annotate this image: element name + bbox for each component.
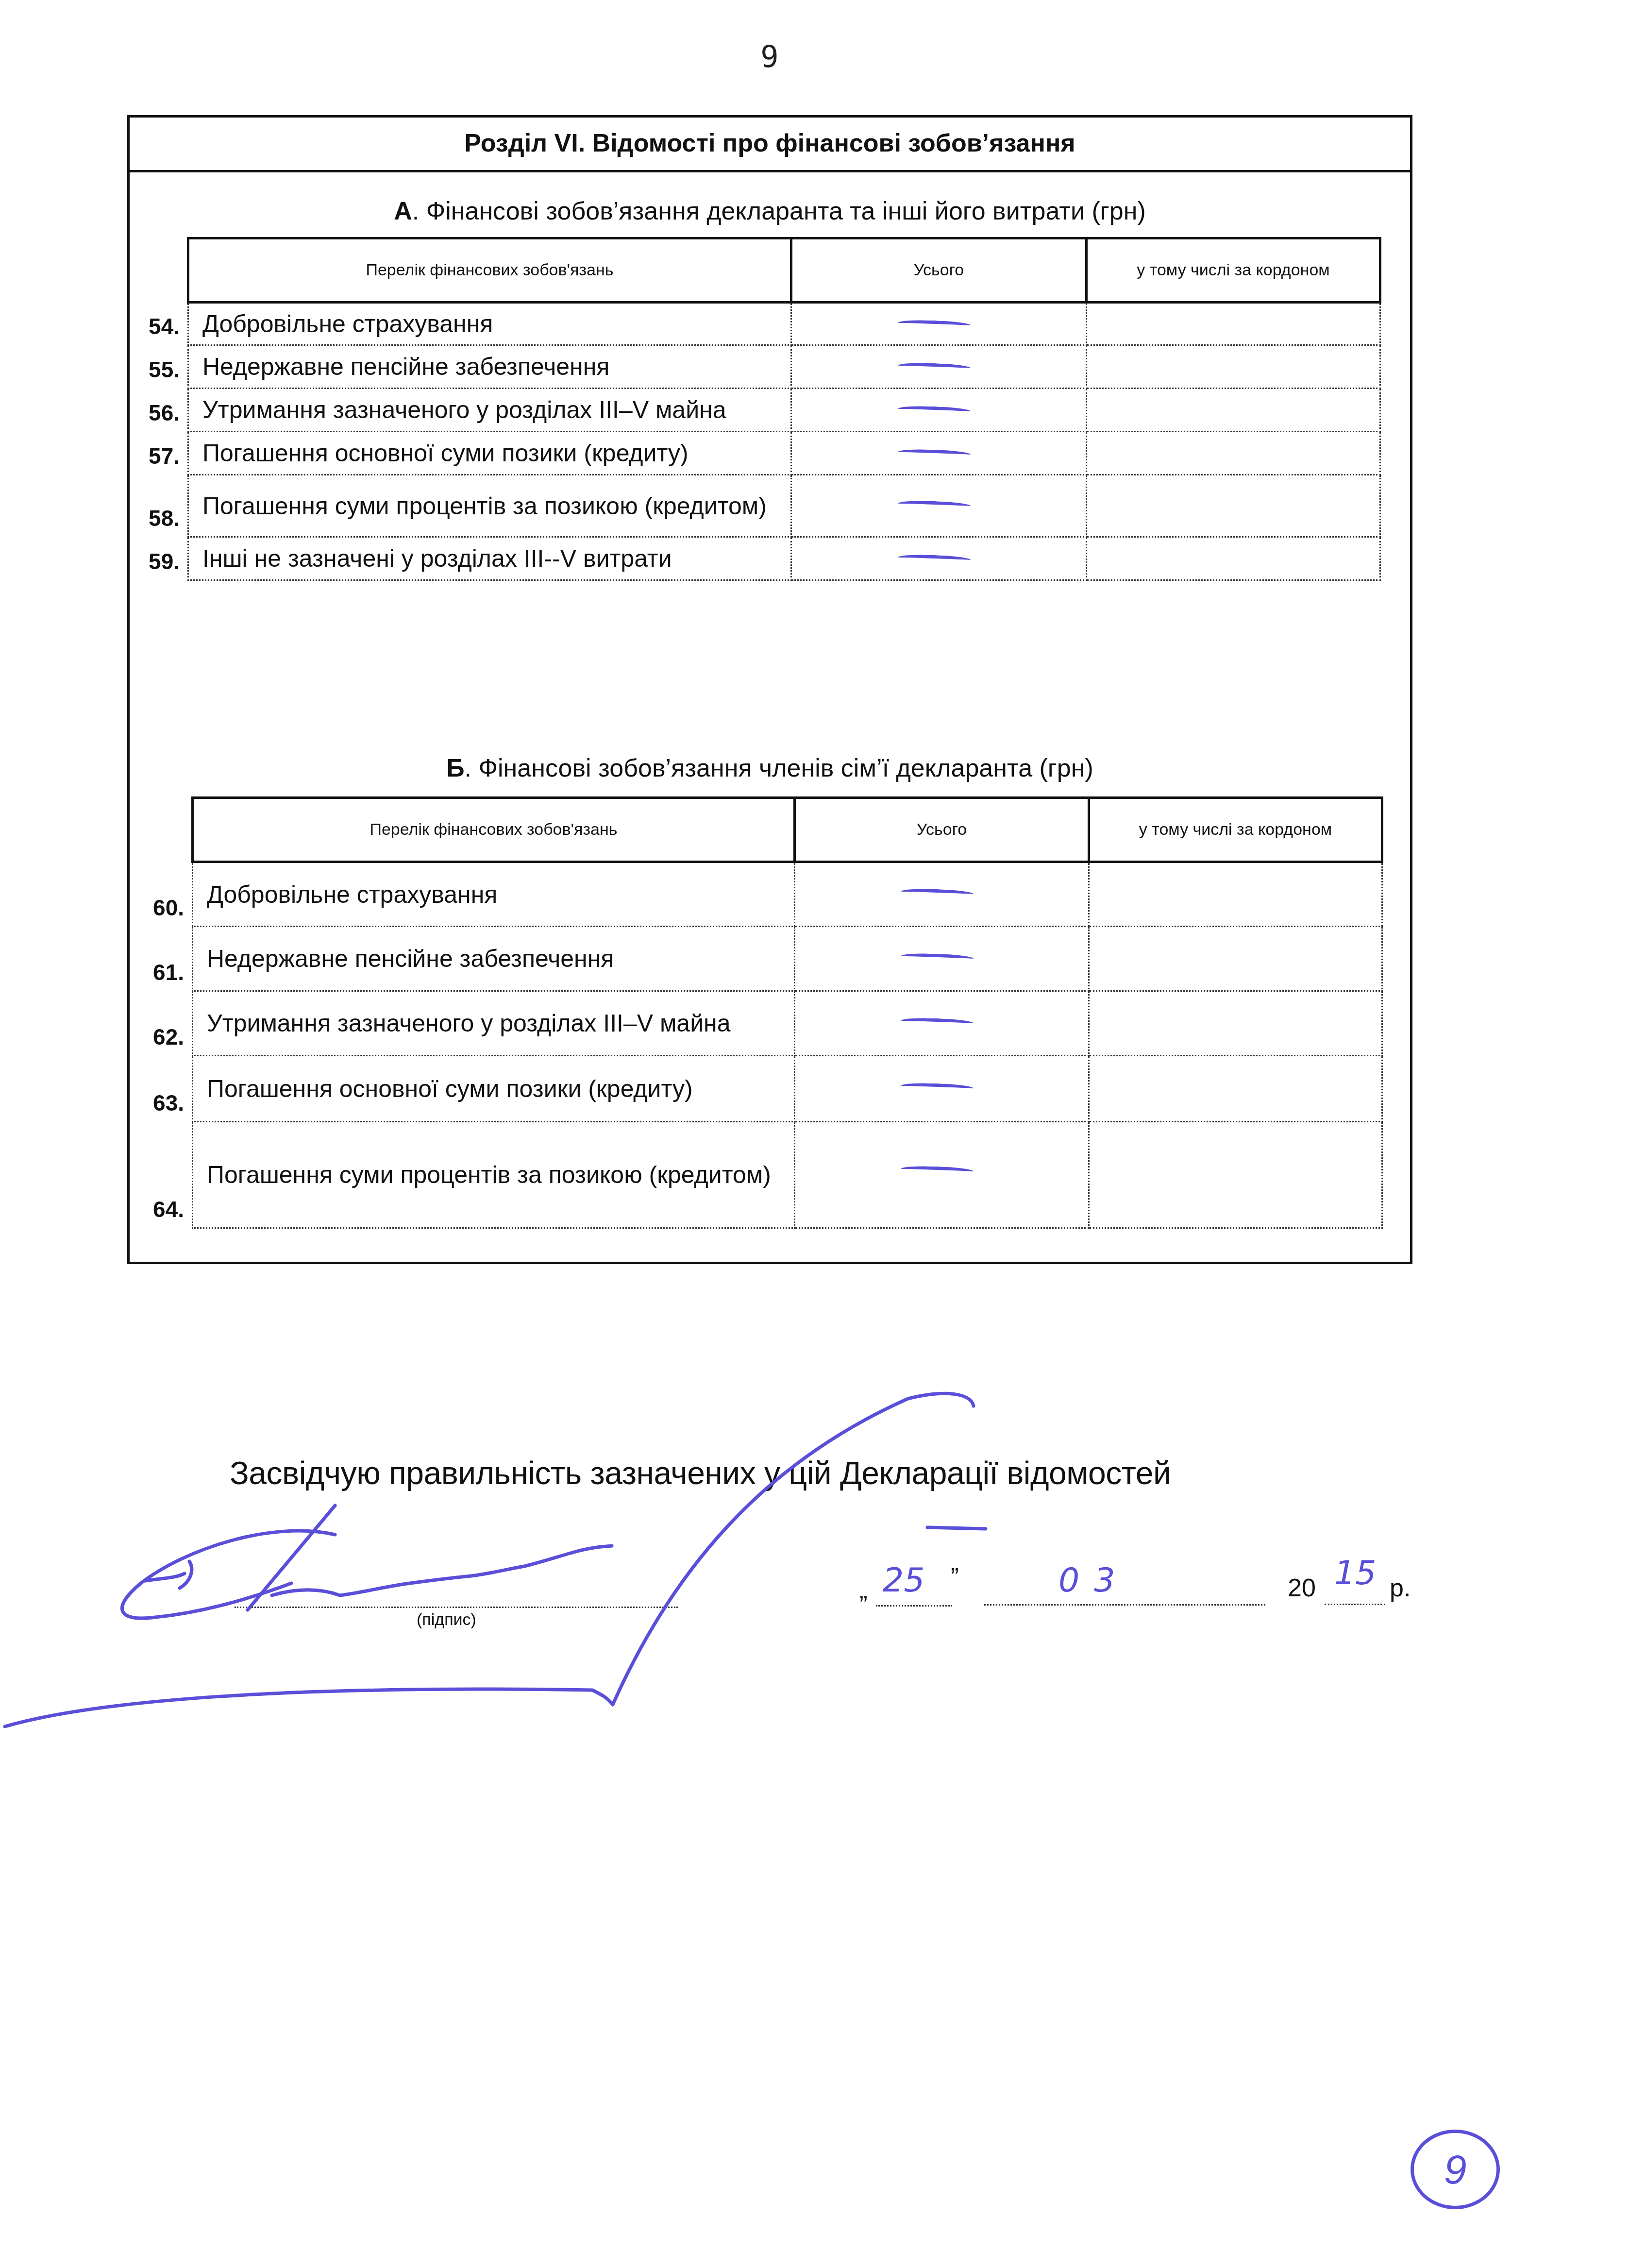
date-year-value: 15 <box>1334 1554 1377 1592</box>
total-cell[interactable] <box>791 345 1087 389</box>
row-label: Погашення суми процентів за позикою (кре… <box>188 475 791 537</box>
date-open-quote: „ <box>859 1576 868 1604</box>
section-title: Розділ VI. Відомості про фінансові зобов… <box>127 129 1412 158</box>
part-b-title-text: . Фінансові зобов’язання членів сім’ї де… <box>465 754 1093 782</box>
handwritten-dash-icon <box>897 500 970 509</box>
abroad-cell[interactable] <box>1087 537 1380 580</box>
part-a-title-text: . Фінансові зобов’язання декларанта та і… <box>412 197 1146 225</box>
row-label: Утримання зазначеного у розділах III–V м… <box>193 991 795 1056</box>
row-label: Утримання зазначеного у розділах III–V м… <box>188 389 791 432</box>
signature-field[interactable] <box>235 1607 678 1608</box>
abroad-cell[interactable] <box>1089 1122 1382 1228</box>
abroad-cell[interactable] <box>1089 1056 1382 1122</box>
column-header-abroad: у тому числі за кордоном <box>1089 798 1382 862</box>
table-row: Погашення суми процентів за позикою (кре… <box>193 1122 1382 1228</box>
signature-label: (підпис) <box>417 1610 476 1629</box>
total-cell[interactable] <box>791 432 1087 475</box>
row-number: 57. <box>126 443 180 469</box>
table-row: Погашення суми процентів за позикою (кре… <box>188 475 1380 537</box>
total-cell[interactable] <box>795 991 1089 1056</box>
handwritten-dash-icon <box>900 1017 973 1027</box>
date-year-suffix: р. <box>1390 1574 1411 1603</box>
table-row: Інші не зазначені у розділах III--V витр… <box>188 537 1380 580</box>
page-number: 9 <box>0 39 1539 74</box>
handwritten-dash-icon <box>900 888 973 898</box>
abroad-cell[interactable] <box>1089 991 1382 1056</box>
part-a-letter: А <box>394 197 412 225</box>
row-number: 63. <box>131 1090 184 1116</box>
signature-loop <box>122 1531 335 1618</box>
table-row: Погашення основної суми позики (кредиту) <box>188 432 1380 475</box>
row-label: Інші не зазначені у розділах III--V витр… <box>188 537 791 580</box>
date-day-field[interactable] <box>876 1605 952 1607</box>
page-mark-circled: 9 <box>1411 2130 1500 2209</box>
date-century: 20 <box>1288 1574 1316 1603</box>
total-cell[interactable] <box>795 927 1089 991</box>
row-label: Погашення основної суми позики (кредиту) <box>188 432 791 475</box>
row-number: 59. <box>126 548 180 575</box>
certification-statement: Засвідчую правильність зазначених у цій … <box>230 1455 1171 1491</box>
total-cell[interactable] <box>791 475 1087 537</box>
part-b-header-row: Перелік фінансових зобов'язань Усього у … <box>193 798 1382 862</box>
abroad-cell[interactable] <box>1087 303 1380 345</box>
row-number: 64. <box>131 1196 184 1222</box>
part-b-letter: Б <box>446 754 464 782</box>
handwritten-dash-icon <box>897 405 970 415</box>
abroad-cell[interactable] <box>1089 862 1382 927</box>
abroad-cell[interactable] <box>1087 475 1380 537</box>
table-row: Утримання зазначеного у розділах III–V м… <box>188 389 1380 432</box>
part-b-table: Перелік фінансових зобов'язань Усього у … <box>191 796 1383 1229</box>
total-cell[interactable] <box>795 862 1089 927</box>
row-label: Недержавне пенсійне забезпечення <box>193 927 795 991</box>
abroad-cell[interactable] <box>1089 927 1382 991</box>
row-number: 56. <box>126 400 180 426</box>
date-month-field[interactable] <box>984 1604 1265 1606</box>
row-label: Погашення суми процентів за позикою (кре… <box>193 1122 795 1228</box>
column-header-list: Перелік фінансових зобов'язань <box>188 238 791 303</box>
total-cell[interactable] <box>795 1122 1089 1228</box>
handwritten-dash-icon <box>900 1082 973 1092</box>
date-day-value: 25 <box>883 1561 925 1600</box>
total-cell[interactable] <box>795 1056 1089 1122</box>
date-year-field[interactable] <box>1325 1604 1385 1605</box>
total-cell[interactable] <box>791 537 1087 580</box>
row-number: 54. <box>126 313 180 339</box>
handwritten-dash-icon <box>897 362 970 372</box>
row-label: Добровільне страхування <box>188 303 791 345</box>
part-b-title: Б. Фінансові зобов’язання членів сім’ї д… <box>127 754 1412 783</box>
section-title-divider <box>127 170 1412 172</box>
abroad-cell[interactable] <box>1087 389 1380 432</box>
row-label: Погашення основної суми позики (кредиту) <box>193 1056 795 1122</box>
table-row: Добровільне страхування <box>193 862 1382 927</box>
column-header-total: Усього <box>791 238 1087 303</box>
handwritten-dash-icon <box>897 554 970 563</box>
row-label: Недержавне пенсійне забезпечення <box>188 345 791 389</box>
table-row: Погашення основної суми позики (кредиту) <box>193 1056 1382 1122</box>
row-number: 61. <box>131 959 184 985</box>
column-header-abroad: у тому числі за кордоном <box>1087 238 1380 303</box>
table-row: Утримання зазначеного у розділах III–V м… <box>193 991 1382 1056</box>
row-number: 55. <box>126 356 180 383</box>
handwritten-dash-icon <box>897 448 970 458</box>
table-row: Недержавне пенсійне забезпечення <box>193 927 1382 991</box>
row-number: 60. <box>131 895 184 921</box>
part-a-table: Перелік фінансових зобов'язань Усього у … <box>187 237 1381 581</box>
table-row: Добровільне страхування <box>188 303 1380 345</box>
abroad-cell[interactable] <box>1087 432 1380 475</box>
abroad-cell[interactable] <box>1087 345 1380 389</box>
row-number: 62. <box>131 1024 184 1050</box>
part-a-header-row: Перелік фінансових зобов'язань Усього у … <box>188 238 1380 303</box>
row-label: Добровільне страхування <box>193 862 795 927</box>
handwritten-dash-icon <box>900 1165 973 1175</box>
date-close-quote: ” <box>951 1563 959 1591</box>
total-cell[interactable] <box>791 389 1087 432</box>
column-header-list: Перелік фінансових зобов'язань <box>193 798 795 862</box>
handwritten-dash-icon <box>900 952 973 962</box>
total-cell[interactable] <box>791 303 1087 345</box>
handwritten-dash-icon <box>897 320 970 329</box>
part-a-title: А. Фінансові зобов’язання декларанта та … <box>127 197 1412 226</box>
row-number: 58. <box>126 505 180 531</box>
column-header-total: Усього <box>795 798 1089 862</box>
table-row: Недержавне пенсійне забезпечення <box>188 345 1380 389</box>
date-month-value: 03 <box>1058 1561 1130 1600</box>
